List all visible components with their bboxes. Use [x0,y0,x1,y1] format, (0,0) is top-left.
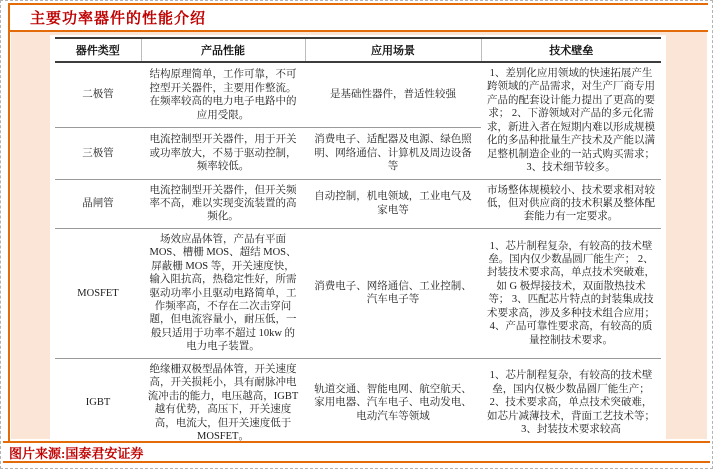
applications-cell: 自动控制，机电领域，工业电气及家电等 [305,179,481,228]
applications-cell: 消费电子、网络通信、工业控制、汽车电子等 [305,228,481,358]
barriers-cell: 1、芯片制程复杂，有较高的技术壁垒。国内仅少数晶圆厂能生产； 2、封装技术要求高… [481,228,661,358]
barriers-cell: 1、芯片制程复杂，有较高的技术壁垒，国内仅极少数晶圆厂能生产； 2、技术要求高，… [481,358,661,448]
footer-bottom-rule [3,461,710,463]
content-panel: 器件类型 产品性能 应用场景 技术壁垒 二极管 结构原理简单，工作可靠，不可控型… [11,32,707,439]
power-devices-table: 器件类型 产品性能 应用场景 技术壁垒 二极管 结构原理简单，工作可靠，不可控型… [55,37,661,449]
source-bar: 图片来源:国泰君安证券 [3,443,710,461]
device-type-cell: 晶闸管 [55,179,141,228]
table-header-row: 器件类型 产品性能 应用场景 技术壁垒 [55,38,661,62]
applications-cell: 轨道交通、智能电网、航空航天、家用电器、汽车电子、电动发电、电动汽车等领域 [305,358,481,448]
left-rule [8,3,10,463]
table-row: IGBT 绝缘栅双极型晶体管，开关速度高，开关损耗小，具有耐脉冲电流冲击的能力，… [55,358,661,448]
table-row: 晶闸管 电流控制型开关器件，但开关频率不高，难以实现变流装置的高频化。 自动控制… [55,179,661,228]
device-type-cell: 三极管 [55,128,141,179]
performance-cell: 绝缘栅双极型晶体管，开关速度高，开关损耗小，具有耐脉冲电流冲击的能力，电压越高，… [141,358,305,448]
device-type-cell: 二极管 [55,62,141,128]
performance-cell: 结构原理简单，工作可靠，不可控型开关器件，主要用作整流。在频率较高的电力电子电路… [141,62,305,128]
applications-cell: 消费电子、适配器及电源、绿色照明、网络通信、计算机及周边设备等 [305,128,481,179]
device-type-cell: IGBT [55,358,141,448]
header-performance: 产品性能 [141,38,305,62]
table-panel: 器件类型 产品性能 应用场景 技术壁垒 二极管 结构原理简单，工作可靠，不可控型… [50,35,666,453]
barriers-cell: 市场整体规模较小、技术要求相对较低，但对供应商的技术积累及整体配套能力有一定要求… [481,179,661,228]
source-caption: 图片来源:国泰君安证券 [3,443,143,462]
performance-cell: 场效应晶体管，产品有平面 MOS、槽栅 MOS、超结 MOS、屏蔽栅 MOS 等… [141,228,305,358]
header-applications: 应用场景 [305,38,481,62]
performance-cell: 电流控制型开关器件，用于开关或功率放大，不易于驱动控制，频率较低。 [141,128,305,179]
header-barriers: 技术壁垒 [481,38,661,62]
device-type-cell: MOSFET [55,228,141,358]
header-device-type: 器件类型 [55,38,141,62]
page-title: 主要功率器件的性能介绍 [11,7,206,28]
barriers-cell-merged: 1、差别化应用领域的快速拓展产生跨领域的产品需求，对生产厂商专用产品的配套设计能… [481,62,661,179]
title-bar: 主要功率器件的性能介绍 [11,5,707,30]
performance-cell: 电流控制型开关器件，但开关频率不高，难以实现变流装置的高频化。 [141,179,305,228]
table-row: MOSFET 场效应晶体管，产品有平面 MOS、槽栅 MOS、超结 MOS、屏蔽… [55,228,661,358]
table-row: 二极管 结构原理简单，工作可靠，不可控型开关器件，主要用作整流。在频率较高的电力… [55,62,661,128]
applications-cell: 是基础性器件，普适性较强 [305,62,481,128]
